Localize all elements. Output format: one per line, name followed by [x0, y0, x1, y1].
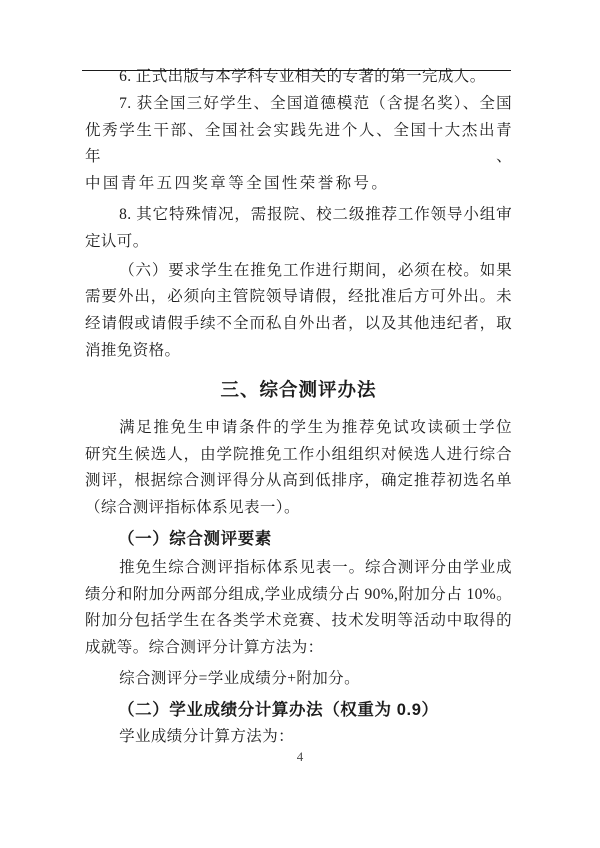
text-line: 优秀学生干部、全国社会实践先进个人、全国十大杰出青年、 — [85, 118, 512, 172]
text-line: 需要外出，必须向主管院领导请假，经批准后方可外出。未 — [85, 284, 512, 311]
text-line: 定认可。 — [85, 229, 512, 256]
text-line: 研究生候选人，由学院推免工作小组组织对候选人进行综合 — [85, 442, 512, 469]
text-line: 8. 其它特殊情况，需报院、校二级推荐工作领导小组审 — [85, 202, 512, 229]
section-heading: （二）学业成绩分计算办法（权重为 0.9） — [85, 697, 512, 724]
text-line: 成就等。综合测评分计算方法为： — [85, 635, 512, 662]
text-line: 满足推免生申请条件的学生为推荐免试攻读硕士学位 — [85, 415, 512, 442]
text-line: 消推免资格。 — [85, 338, 512, 365]
page-number: 4 — [0, 749, 600, 765]
document-content: 6. 正式出版与本学科专业相关的专著的第一完成人。7. 获全国三好学生、全国道德… — [85, 64, 512, 750]
text-line: 经请假或请假手续不全而私自外出者，以及其他违纪者，取 — [85, 311, 512, 338]
text-line: 推免生综合测评指标体系见表一。综合测评分由学业成 — [85, 555, 512, 582]
text-line: 综合测评分=学业成绩分+附加分。 — [85, 666, 512, 693]
text-line: 测评，根据综合测评得分从高到低排序，确定推荐初选名单 — [85, 468, 512, 495]
document-page: 6. 正式出版与本学科专业相关的专著的第一完成人。7. 获全国三好学生、全国道德… — [0, 0, 600, 848]
text-line: 7. 获全国三好学生、全国道德模范（含提名奖）、全国 — [85, 91, 512, 118]
text-line: 中国青年五四奖章等全国性荣誉称号。 — [85, 171, 512, 198]
text-line: （六）要求学生在推免工作进行期间，必须在校。如果 — [85, 258, 512, 285]
text-line: 绩分和附加分两部分组成,学业成绩分占 90%,附加分占 10%。 — [85, 582, 512, 609]
section-heading: 三、综合测评办法 — [85, 376, 512, 403]
text-line: 附加分包括学生在各类学术竞赛、技术发明等活动中取得的 — [85, 608, 512, 635]
text-line: 学业成绩分计算方法为： — [85, 724, 512, 751]
section-heading: （一）综合测评要素 — [85, 526, 512, 553]
text-line: （综合测评指标体系见表一）。 — [85, 495, 512, 522]
text-line: 6. 正式出版与本学科专业相关的专著的第一完成人。 — [85, 64, 512, 91]
